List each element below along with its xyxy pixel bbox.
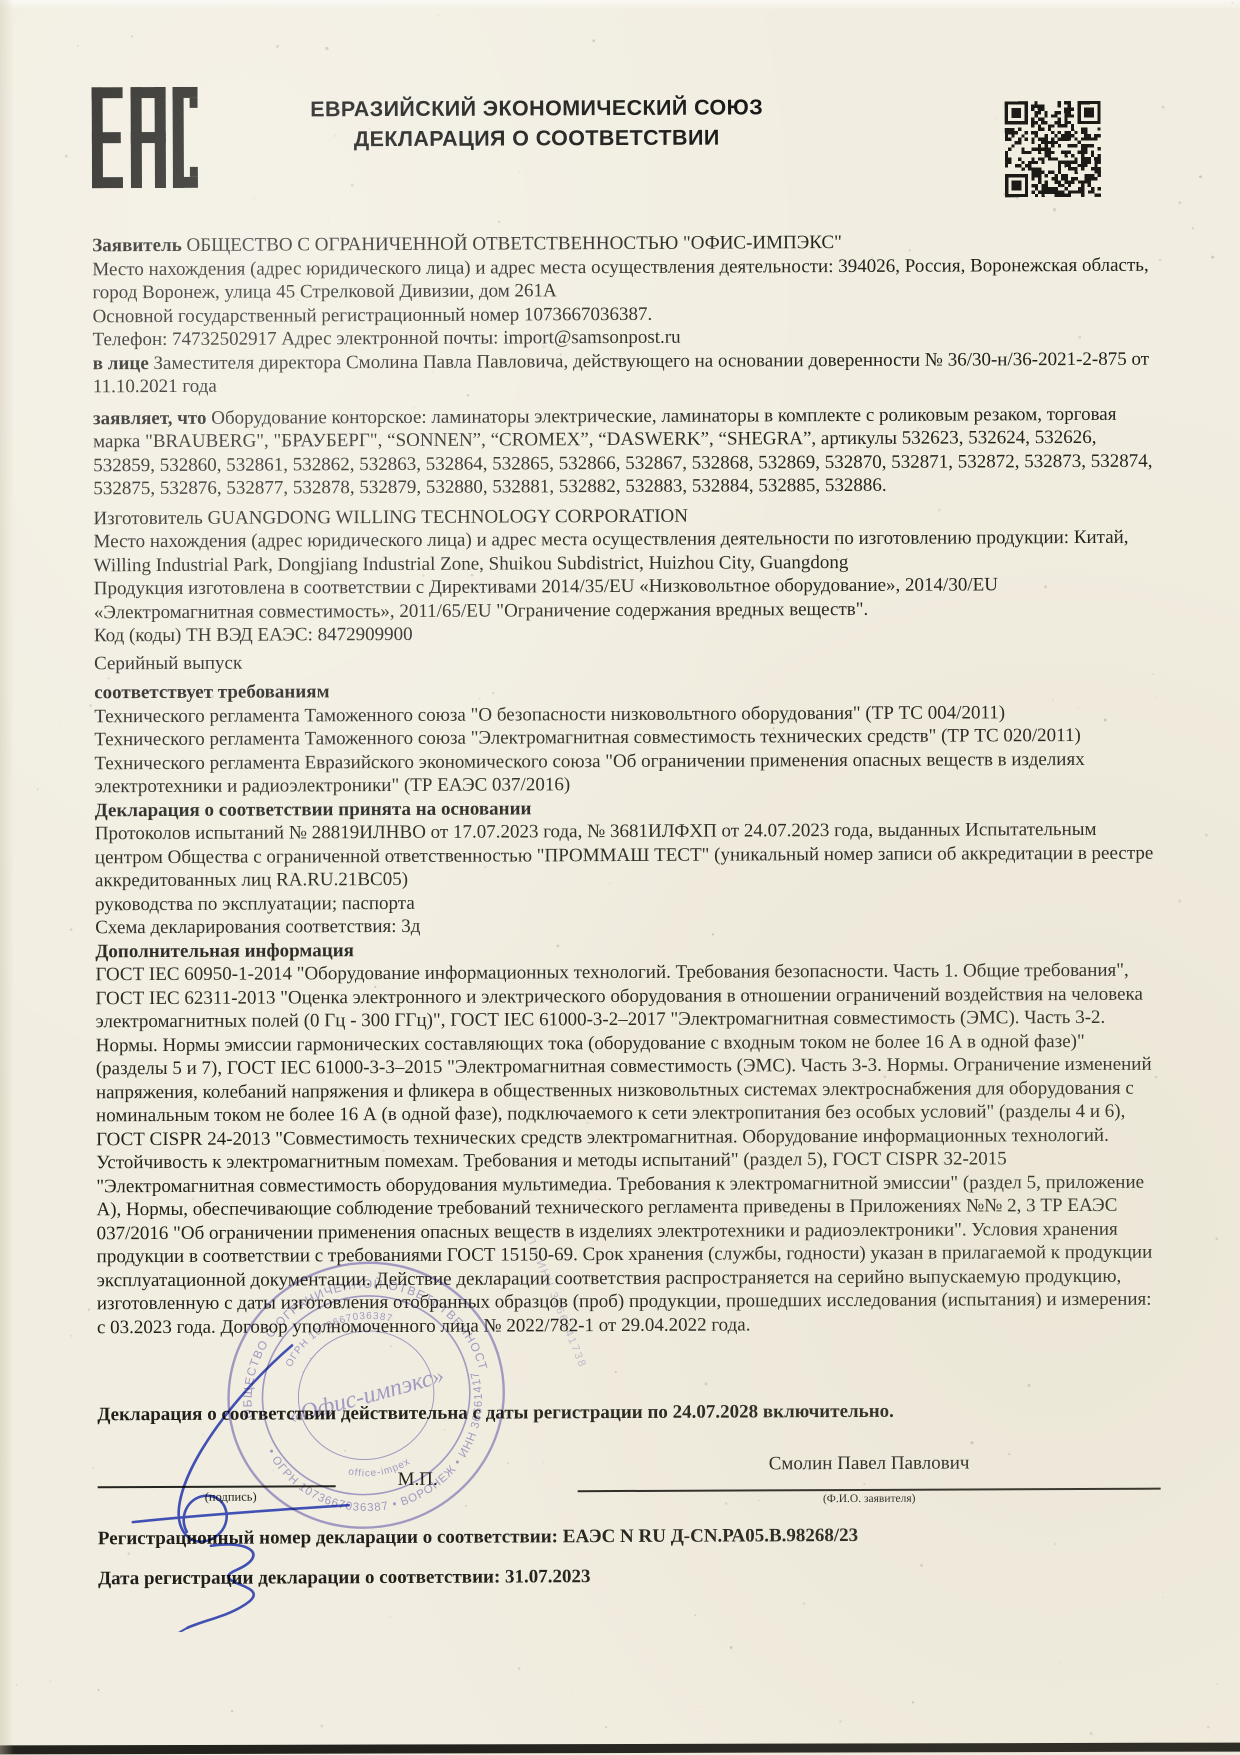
compliance-heading-text: соответствует требованиям <box>94 681 329 703</box>
eac-mark-logo <box>92 87 198 188</box>
declaration-body: Заявитель ОБЩЕСТВО С ОГРАНИЧЕННОЙ ОТВЕТС… <box>92 230 1160 1340</box>
product-line: заявляет, что Оборудование конторское: л… <box>93 402 1156 501</box>
representative-line: в лице Заместителя директора Смолина Пав… <box>93 347 1156 399</box>
fio-caption: (Ф.И.О. заявителя) <box>578 1492 1161 1507</box>
representative-text: Заместителя директора Смолина Павла Павл… <box>93 348 1149 397</box>
scan-bottom-edge <box>0 1743 1240 1755</box>
title-line-union: ЕВРАЗИЙСКИЙ ЭКОНОМИЧЕСКИЙ СОЮЗ <box>247 92 827 125</box>
declares-label: заявляет, что <box>93 407 207 428</box>
manufacturer-address: Место нахождения (адрес юридического лиц… <box>93 526 1156 578</box>
serial-line: Серийный выпуск <box>94 647 1157 675</box>
registration-number-value: ЕАЭС N RU Д-CN.РА05.В.98268/23 <box>563 1525 858 1547</box>
applicant-label: Заявитель <box>92 235 182 256</box>
qr-code <box>1005 101 1101 197</box>
additional-heading-text: Дополнительная информация <box>95 940 354 962</box>
product-description: Оборудование конторское: ламинаторы элек… <box>93 403 1152 499</box>
document-title: ЕВРАЗИЙСКИЙ ЭКОНОМИЧЕСКИЙ СОЮЗ ДЕКЛАРАЦИ… <box>247 92 827 155</box>
directives-line: Продукция изготовлена в соответствии с Д… <box>94 573 1157 625</box>
handwritten-signature <box>120 1331 381 1632</box>
registration-date-value: 31.07.2023 <box>505 1566 591 1587</box>
applicant-name: ОБЩЕСТВО С ОГРАНИЧЕННОЙ ОТВЕТСТВЕННОСТЬЮ… <box>186 232 842 256</box>
tnved-code-line: Код (коды) ТН ВЭД ЕАЭС: 8472909900 <box>94 620 1157 648</box>
scanned-declaration-page: ЕВРАЗИЙСКИЙ ЭКОНОМИЧЕСКИЙ СОЮЗ ДЕКЛАРАЦИ… <box>0 0 1240 1755</box>
basis-protocols: Протоколов испытаний № 28819ИЛНВО от 17.… <box>95 818 1158 893</box>
applicant-address: Место нахождения (адрес юридического лиц… <box>92 253 1155 305</box>
basis-heading-text: Декларация о соответствии принята на осн… <box>95 798 532 821</box>
compliance-item-3: Технического регламента Евразийского эко… <box>94 747 1157 799</box>
title-line-declaration: ДЕКЛАРАЦИЯ О СООТВЕТСТВИИ <box>247 122 827 155</box>
representative-label: в лице <box>93 353 149 374</box>
signer-name: Смолин Павел Павлович <box>578 1452 1161 1477</box>
